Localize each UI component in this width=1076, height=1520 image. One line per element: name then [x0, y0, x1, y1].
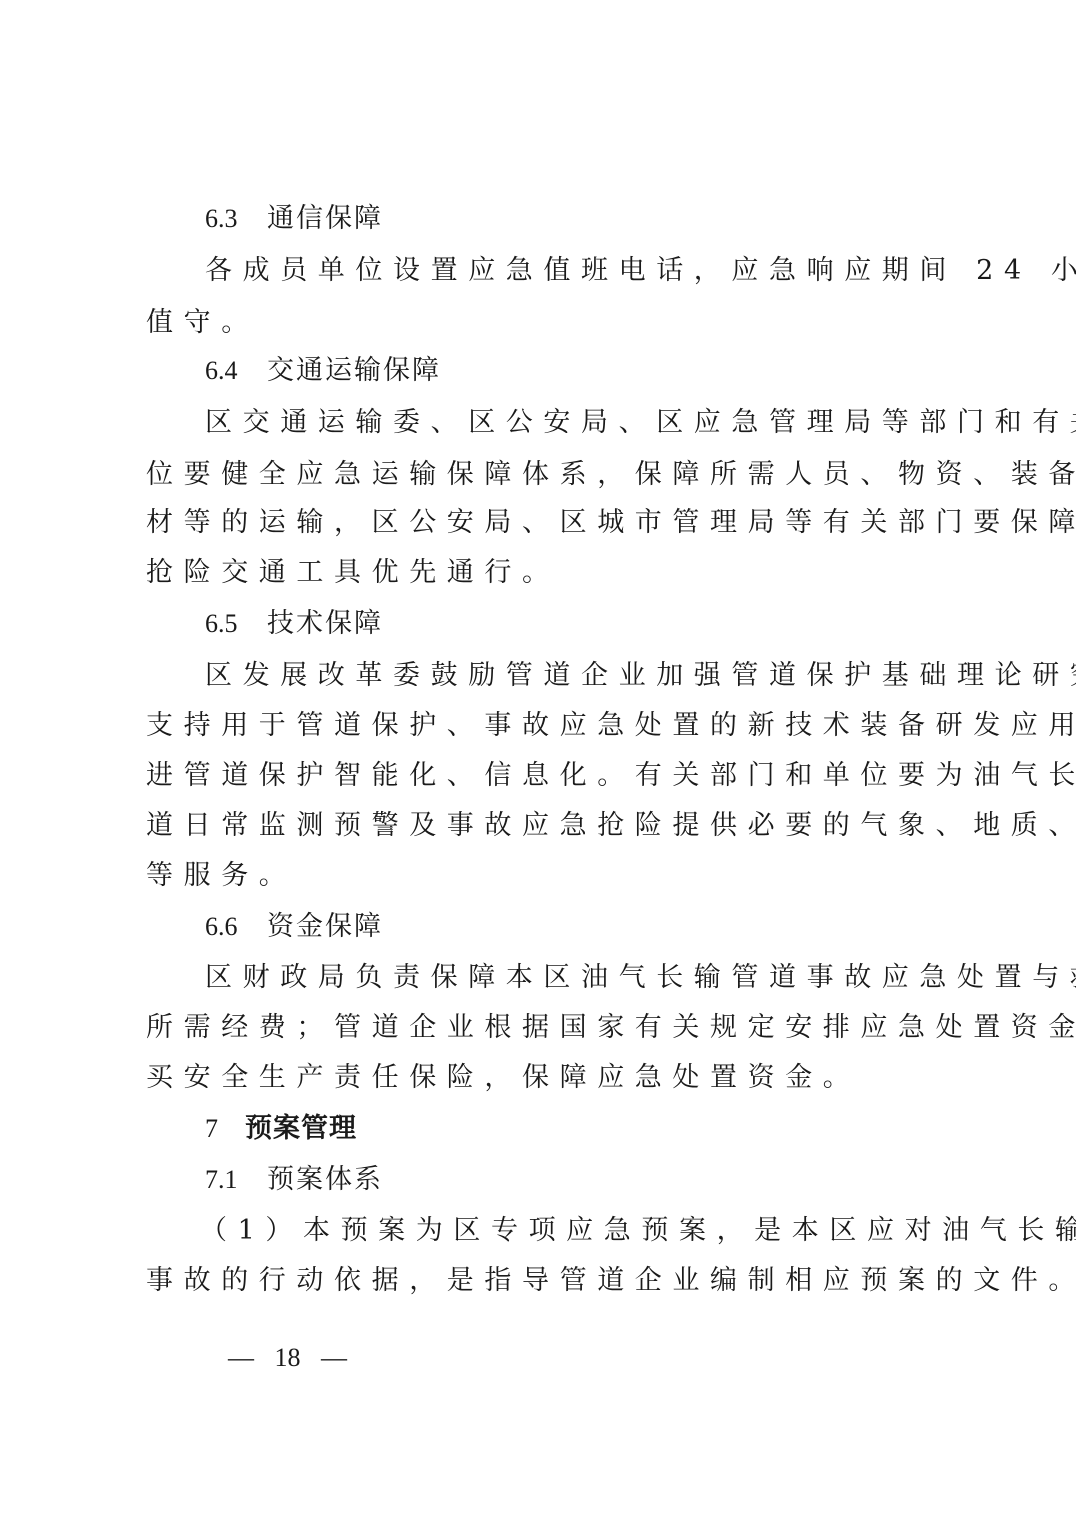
page-number: 18 [275, 1338, 301, 1378]
section-number: 6.3 [205, 193, 267, 245]
paragraph-line: 材等的运输，区公安局、区城市管理局等有关部门要保障应急 [146, 497, 946, 549]
paragraph-line: 事故的行动依据，是指导管道企业编制相应预案的文件。 [146, 1255, 946, 1307]
section-heading-7-1: 7.1预案体系 [205, 1154, 383, 1206]
paragraph-line: 所需经费；管道企业根据国家有关规定安排应急处置资金，购 [146, 1002, 946, 1054]
chapter-number: 7 [205, 1103, 245, 1155]
paragraph-line: 等服务。 [146, 850, 946, 902]
dash-right: — [321, 1338, 347, 1378]
section-number: 6.5 [205, 598, 267, 650]
paragraph-line: 位要健全应急运输保障体系，保障所需人员、物资、装备、器 [146, 449, 946, 501]
paragraph-line: 买安全生产责任保险，保障应急处置资金。 [146, 1052, 946, 1104]
paragraph-line: 区交通运输委、区公安局、区应急管理局等部门和有关单 [205, 397, 950, 449]
document-page: 6.3通信保障 各成员单位设置应急值班电话，应急响应期间 24 小时值班 值守。… [0, 0, 1076, 1520]
section-number: 7.1 [205, 1154, 267, 1206]
section-title: 通信保障 [267, 203, 383, 234]
section-title: 技术保障 [267, 608, 383, 639]
dash-left: — [228, 1338, 254, 1378]
paragraph-line: 值守。 [146, 297, 946, 349]
paragraph-line: 区财政局负责保障本区油气长输管道事故应急处置与救援 [205, 952, 950, 1004]
section-heading-6-3: 6.3通信保障 [205, 193, 383, 245]
section-heading-6-6: 6.6资金保障 [205, 901, 383, 953]
paragraph-line: 区发展改革委鼓励管道企业加强管道保护基础理论研究， [205, 650, 950, 702]
section-number: 6.4 [205, 345, 267, 397]
paragraph-line: 进管道保护智能化、信息化。有关部门和单位要为油气长输管 [146, 750, 946, 802]
chapter-title: 预案管理 [245, 1113, 357, 1144]
paragraph-line: 支持用于管道保护、事故应急处置的新技术装备研发应用，推 [146, 700, 946, 752]
section-title: 资金保障 [267, 911, 383, 942]
section-number: 6.6 [205, 901, 267, 953]
paragraph-line: （1）本预案为区专项应急预案，是本区应对油气长输管道 [200, 1205, 945, 1257]
section-heading-6-4: 6.4交通运输保障 [205, 345, 441, 397]
section-title: 交通运输保障 [267, 355, 441, 386]
section-heading-6-5: 6.5技术保障 [205, 598, 383, 650]
page-number-footer: — 18 — [228, 1338, 347, 1378]
paragraph-line: 道日常监测预警及事故应急抢险提供必要的气象、地质、水文 [146, 800, 946, 852]
paragraph-line: 各成员单位设置应急值班电话，应急响应期间 24 小时值班 [205, 245, 950, 297]
chapter-heading-7: 7预案管理 [205, 1103, 357, 1155]
paragraph-line: 抢险交通工具优先通行。 [146, 547, 946, 599]
section-title: 预案体系 [267, 1164, 383, 1195]
